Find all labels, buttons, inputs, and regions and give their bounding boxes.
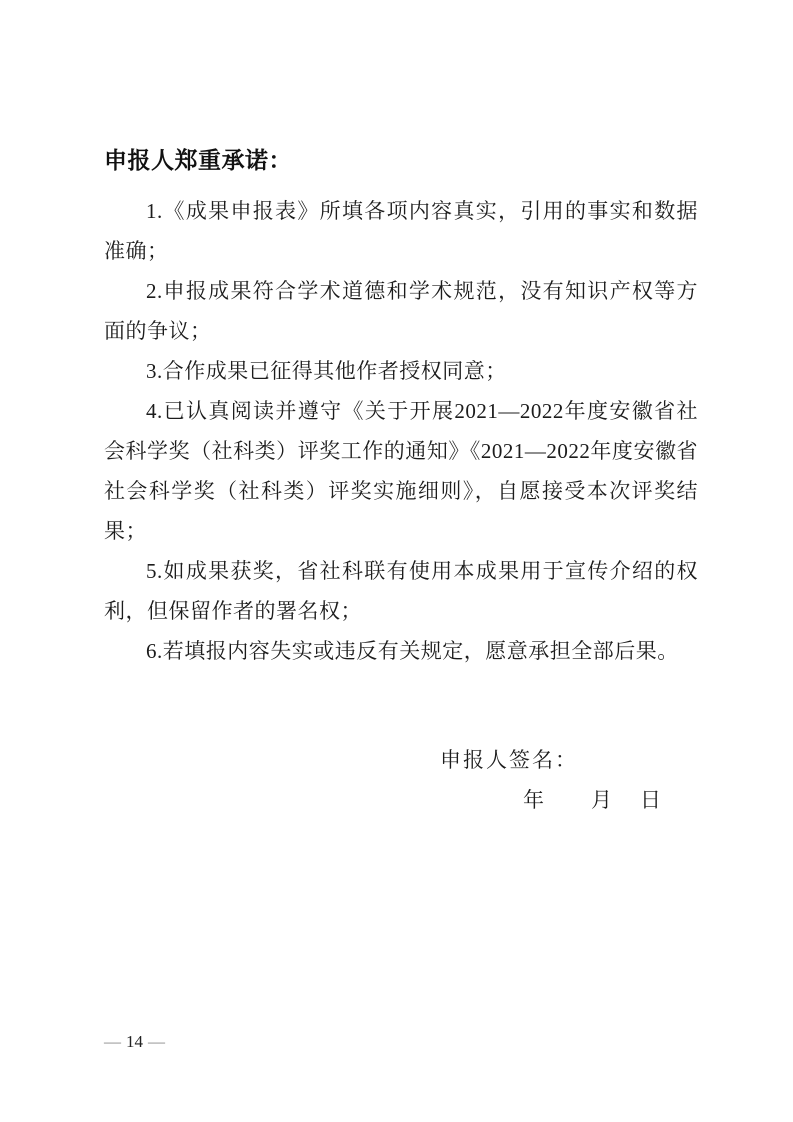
footer-left-dash: — xyxy=(104,1032,121,1051)
page-number: 14 xyxy=(126,1032,143,1051)
declaration-item-5: 5.如成果获奖，省社科联有使用本成果用于宣传介绍的权利，但保留作者的署名权； xyxy=(104,551,698,631)
date-day-label: 日 xyxy=(640,788,661,812)
declaration-item-1: 1.《成果申报表》所填各项内容真实，引用的事实和数据准确； xyxy=(104,191,698,271)
declaration-heading: 申报人郑重承诺： xyxy=(104,146,698,174)
declaration-item-2: 2.申报成果符合学术道德和学术规范，没有知识产权等方面的争议； xyxy=(104,271,698,351)
declaration-content: 申报人郑重承诺： 1.《成果申报表》所填各项内容真实，引用的事实和数据准确； 2… xyxy=(104,146,698,820)
date-year-label: 年 xyxy=(523,788,544,812)
declaration-item-4: 4.已认真阅读并遵守《关于开展2021—2022年度安徽省社会科学奖（社科类）评… xyxy=(104,391,698,551)
signature-date-line: 年月日 xyxy=(104,780,698,820)
date-month-label: 月 xyxy=(591,788,612,812)
applicant-signature-label: 申报人签名： xyxy=(104,740,698,780)
footer-right-dash: — xyxy=(148,1032,165,1051)
declaration-item-3: 3.合作成果已征得其他作者授权同意； xyxy=(104,351,698,391)
declaration-item-6: 6.若填报内容失实或违反有关规定，愿意承担全部后果。 xyxy=(104,631,698,671)
page-footer: —14— xyxy=(104,1031,165,1053)
document-page: 申报人郑重承诺： 1.《成果申报表》所填各项内容真实，引用的事实和数据准确； 2… xyxy=(0,0,793,1122)
signature-block: 申报人签名： 年月日 xyxy=(104,740,698,820)
